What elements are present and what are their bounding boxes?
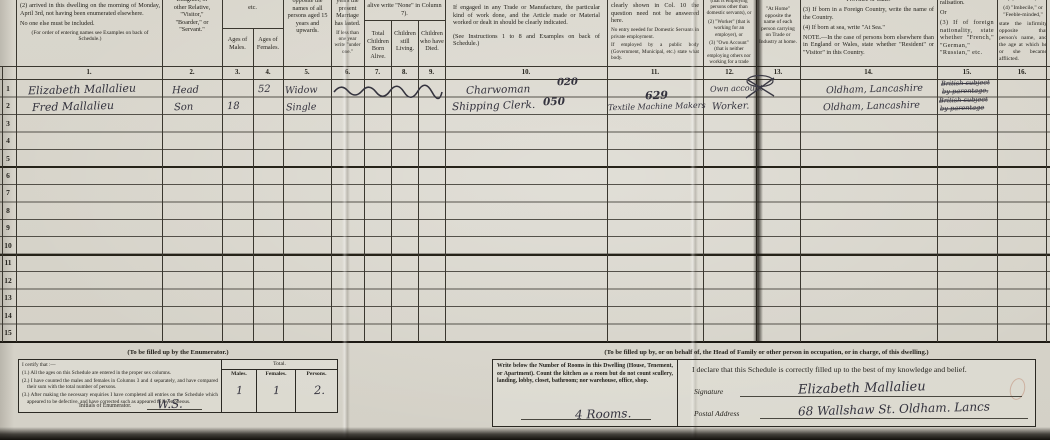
census-schedule-scan: (2) arrived in this dwelling on the morn…	[0, 0, 1050, 440]
scribble-mark	[332, 84, 444, 98]
row-number: 7	[1, 188, 15, 198]
header-col5: opposite the names of all persons aged 1…	[286, 0, 329, 49]
totals-males-value: 1	[236, 384, 243, 397]
row-number: 6	[1, 171, 15, 181]
address-label: Postal Address	[694, 409, 739, 418]
enumerator-box: I certify that :— (1.) All the ages on t…	[18, 359, 338, 413]
header-col7: Total Children Born Alive.	[366, 30, 390, 60]
entry-marital: Widow	[285, 85, 318, 97]
scan-shadow	[753, 0, 763, 342]
divider	[253, 28, 254, 342]
table-row-lines	[0, 80, 1050, 342]
initials-label: Initials of Enumerator.	[79, 404, 131, 410]
divider	[364, 20, 445, 21]
row-number: 8	[1, 206, 15, 216]
header-col2-line: "Boarder," or	[164, 19, 220, 27]
divider	[331, 0, 332, 342]
rooms-handwriting: 4 Rooms.	[575, 406, 632, 421]
totals-table: Total. Males. 1 Females. 1 Persons. 2.	[221, 360, 337, 412]
divider	[800, 0, 801, 342]
divider	[445, 0, 446, 342]
divider	[364, 0, 365, 342]
colnum-11: 11.	[607, 67, 703, 79]
divider	[0, 66, 1050, 67]
entry-employment: Worker.	[712, 101, 750, 113]
divider	[16, 0, 17, 342]
colnum-7: 7.	[364, 67, 391, 79]
header-col15-fragment: ralisation.	[940, 0, 994, 7]
entry-relation: Head	[172, 85, 199, 97]
header-col8: Children still Living.	[393, 30, 417, 53]
entry-nationality: by parentage	[940, 103, 984, 112]
declaration-text: I declare that this Schedule is correctl…	[692, 365, 1025, 375]
rooms-cell: Write below the Number of Rooms in this …	[493, 360, 678, 426]
row-number: 1	[1, 84, 15, 94]
header-col11-text: clearly shown in Col. 10 the question ne…	[611, 2, 699, 25]
declaration-cell: I declare that this Schedule is correctl…	[678, 360, 1035, 426]
header-col10: If engaged in any Trade or Manufacture, …	[453, 4, 600, 64]
divider	[0, 79, 1050, 80]
entry-nationality: by parentage,	[942, 86, 988, 95]
row-number: 5	[1, 154, 15, 164]
header-col1-note: (For order of entering names see Example…	[20, 30, 160, 43]
certify-intro: I certify that :—	[22, 362, 218, 369]
header-col12-text: (that is employing persons other than do…	[706, 0, 752, 17]
header-col11: clearly shown in Col. 10 the question ne…	[611, 2, 699, 64]
entry-occupation-code: 020	[557, 77, 578, 89]
header-ages-etc: etc.	[222, 4, 283, 12]
header-col16: (3) "Lunatic," (4) "Imbecile," or "Feebl…	[999, 0, 1047, 64]
entry-industry-code: 629	[645, 89, 668, 103]
header-col13: "At Home" opposite the name of each pers…	[759, 6, 797, 46]
row-number: 9	[1, 223, 15, 233]
header-col1-text: No one else must be included.	[20, 20, 160, 28]
row-number: 14	[1, 311, 15, 321]
header-col10-note: (See Instructions 1 to 8 and Examples on…	[453, 33, 600, 48]
entry-occupation-code: 050	[543, 96, 565, 109]
entry-age-female: 52	[258, 84, 271, 95]
header-col14-fragment: Province or State.	[803, 0, 934, 4]
row-number: 10	[1, 241, 15, 251]
signature-label: Signature	[694, 387, 723, 396]
row-number: 15	[1, 328, 15, 338]
colnum-14: 14.	[800, 67, 937, 79]
header-col12: (that is employing persons other than do…	[706, 0, 752, 64]
totals-females: Females. 1	[256, 370, 295, 412]
rooms-instruction: Write below the Number of Rooms in this …	[497, 363, 673, 386]
header-ages-females: Ages of Females.	[255, 36, 281, 51]
enumerator-certify: I certify that :— (1.) All the ages on t…	[19, 360, 221, 412]
header-col2: Daughter, or other Relative, "Visitor," …	[164, 0, 220, 64]
header-col16-text: state the infirmity opposite that person…	[999, 21, 1047, 62]
header-col16-fragment: (3) "Lunatic,"	[999, 0, 1047, 3]
header-col1: (2) arrived in this dwelling on the morn…	[20, 2, 160, 64]
totals-persons: Persons. 2.	[295, 370, 337, 412]
header-col15-text: Or	[940, 9, 994, 17]
header-col12-text: (2) "Worker" (that is working for an emp…	[706, 19, 752, 38]
divider	[997, 0, 998, 342]
header-col2-line: other Relative,	[164, 4, 220, 12]
totals-persons-value: 2.	[314, 383, 325, 397]
totals-females-label: Females.	[257, 370, 295, 377]
totals-males: Males. 1	[222, 370, 256, 412]
row-number: 2	[1, 101, 15, 111]
divider	[0, 341, 1050, 344]
header-col14-note: NOTE.—In the case of persons born elsewh…	[803, 34, 934, 57]
row-number: 4	[1, 136, 15, 146]
colnum-5: 5.	[283, 67, 331, 79]
divider	[703, 0, 704, 342]
row-number: 11	[1, 258, 15, 268]
row-number: 12	[1, 276, 15, 286]
totals-persons-label: Persons.	[296, 370, 337, 377]
colnum-2: 2.	[162, 67, 222, 79]
divider	[1046, 0, 1047, 342]
colnum-4: 4.	[253, 67, 283, 79]
colnum-8: 8.	[391, 67, 418, 79]
householder-title: (To be filled up by, or on behalf of, th…	[498, 349, 1035, 357]
entry-occupation: Shipping Clerk.	[452, 99, 536, 113]
entry-marital: Single	[286, 102, 317, 114]
header-col11-text: No entry needed for Domestic Servants in…	[611, 27, 699, 40]
divider	[418, 20, 419, 342]
colnum-15: 15.	[937, 67, 997, 79]
totals-females-value: 1	[273, 384, 280, 397]
header-col11-text: If employed by a public body (Government…	[611, 42, 699, 61]
header-col15-text: (3) If of foreign nationality, state whe…	[940, 19, 994, 57]
totals-males-label: Males.	[222, 370, 256, 377]
divider	[162, 0, 163, 342]
divider	[937, 0, 938, 342]
certify-item: (2.) I have counted the males and female…	[22, 378, 218, 392]
header-col14-text: (3) If born in a Foreign Country, write …	[803, 6, 934, 21]
totals-header: Total.	[222, 360, 337, 370]
entry-occupation: Charwoman	[466, 83, 531, 97]
header-col15: ralisation. Or (3) If of foreign nationa…	[940, 0, 994, 63]
header-children-top: alive write "None" in Column 7).	[366, 2, 443, 17]
colnum-1: 1.	[16, 67, 162, 79]
row-number: 13	[1, 293, 15, 303]
header-col10-text: If engaged in any Trade or Manufacture, …	[453, 4, 600, 27]
entry-relation: Son	[174, 102, 194, 114]
header-col2-line: "Visitor,"	[164, 11, 220, 19]
divider	[0, 254, 1050, 256]
colnum-9: 9.	[418, 67, 445, 79]
header-col14: Province or State. (3) If born in a Fore…	[803, 0, 934, 64]
scan-bottom-edge	[0, 427, 1050, 440]
header-ages-males: Ages of Males.	[224, 36, 251, 51]
entry-name: Fred Mallalieu	[32, 99, 114, 114]
entry-age-male: 18	[227, 101, 240, 112]
header-col12-text: (3) "Own Account" (that is neither emplo…	[706, 40, 752, 64]
check-cross-mark	[740, 74, 780, 100]
certify-item: (1.) All the ages on this Schedule are e…	[22, 370, 218, 377]
header-col9: Children who have Died.	[420, 30, 444, 53]
header-col14-text: (4) If born at sea, write "At Sea."	[803, 24, 934, 32]
colnum-3: 3.	[222, 67, 253, 79]
header-col1-text: (2) arrived in this dwelling on the morn…	[20, 2, 160, 17]
initials-handwriting: W.S.	[157, 397, 183, 412]
colnum-16: 16.	[997, 67, 1047, 79]
row-number: 3	[1, 119, 15, 129]
divider	[0, 166, 1050, 168]
divider	[283, 0, 284, 342]
enumerator-title: (To be filled up by the Enumerator.)	[18, 349, 338, 357]
scan-crease	[342, 0, 350, 440]
colnum-10: 10.	[445, 67, 607, 79]
divider	[222, 0, 223, 342]
header-col2-line: "Servant."	[164, 26, 220, 34]
divider	[607, 0, 608, 342]
divider	[391, 20, 392, 342]
header-col16-text: (4) "Imbecile," or "Feeble-minded,"	[999, 5, 1047, 19]
householder-box: Write below the Number of Rooms in this …	[492, 359, 1036, 427]
